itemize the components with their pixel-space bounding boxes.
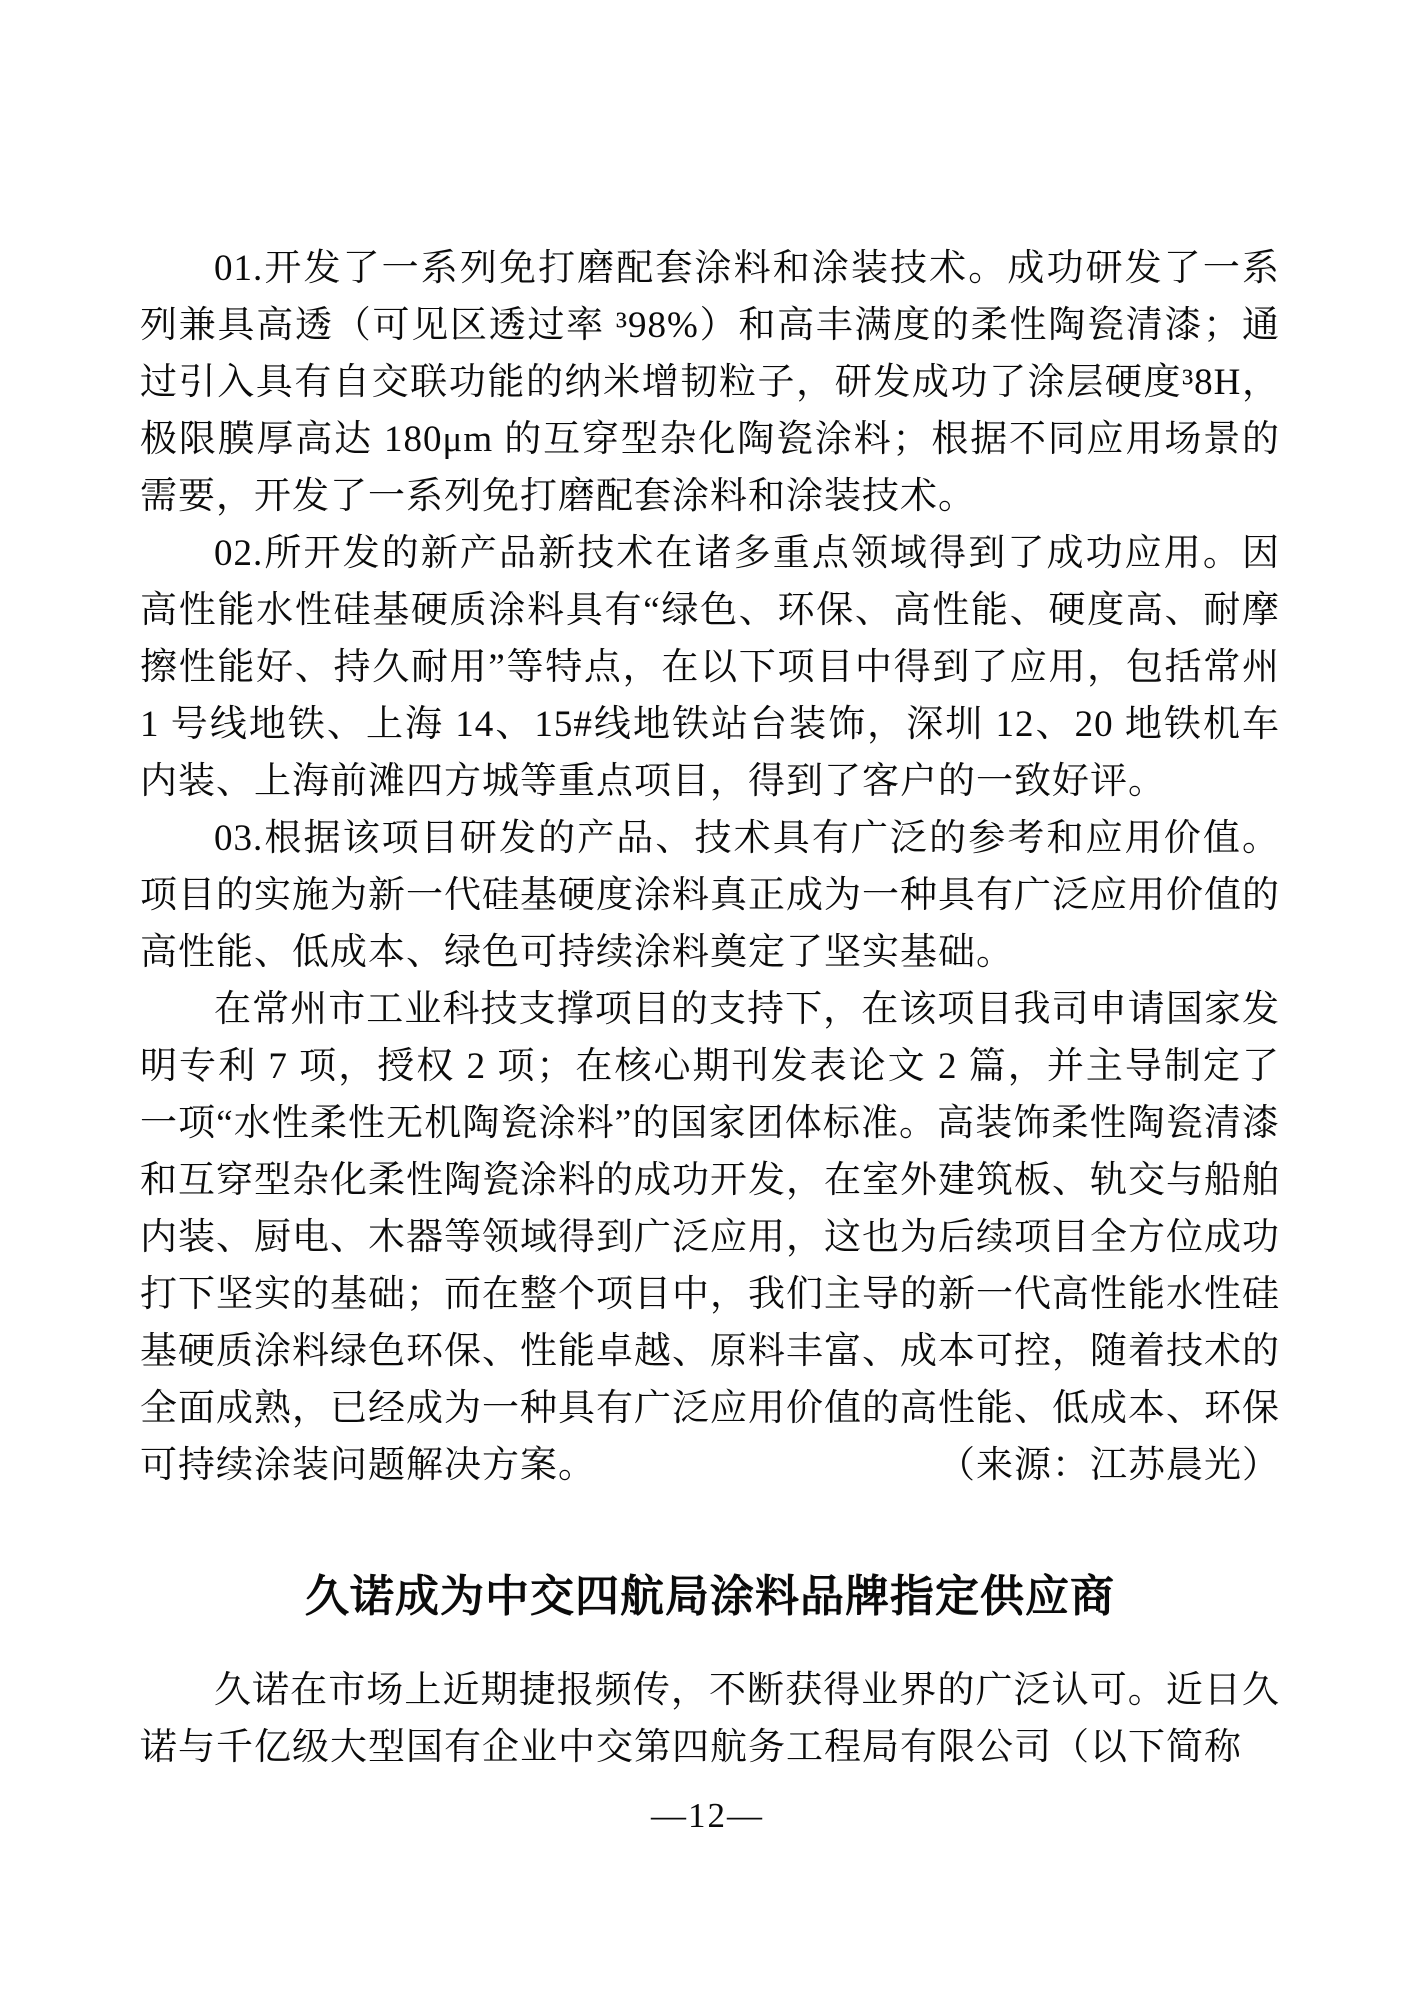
- page-content: 01.开发了一系列免打磨配套涂料和涂装技术。成功研发了一系列兼具高透（可见区透过…: [140, 240, 1280, 1776]
- paragraph-04: 在常州市工业科技支撑项目的支持下，在该项目我司申请国家发明专利 7 项，授权 2…: [140, 981, 1280, 1494]
- paragraph-02: 02.所开发的新产品新技术在诸多重点领域得到了成功应用。因高性能水性硅基硬质涂料…: [140, 525, 1280, 810]
- paragraph-04-text: 在常州市工业科技支撑项目的支持下，在该项目我司申请国家发明专利 7 项，授权 2…: [140, 989, 1280, 1486]
- document-page: 01.开发了一系列免打磨配套涂料和涂装技术。成功研发了一系列兼具高透（可见区透过…: [0, 0, 1415, 2000]
- page-number: —12—: [0, 1796, 1415, 1836]
- paragraph-03: 03.根据该项目研发的产品、技术具有广泛的参考和应用价值。项目的实施为新一代硅基…: [140, 810, 1280, 981]
- source-attribution: （来源：江苏晨光）: [938, 1437, 1280, 1494]
- article-title: 久诺成为中交四航局涂料品牌指定供应商: [140, 1564, 1280, 1630]
- paragraph-01: 01.开发了一系列免打磨配套涂料和涂装技术。成功研发了一系列兼具高透（可见区透过…: [140, 240, 1280, 525]
- paragraph-05: 久诺在市场上近期捷报频传，不断获得业界的广泛认可。近日久诺与千亿级大型国有企业中…: [140, 1662, 1280, 1776]
